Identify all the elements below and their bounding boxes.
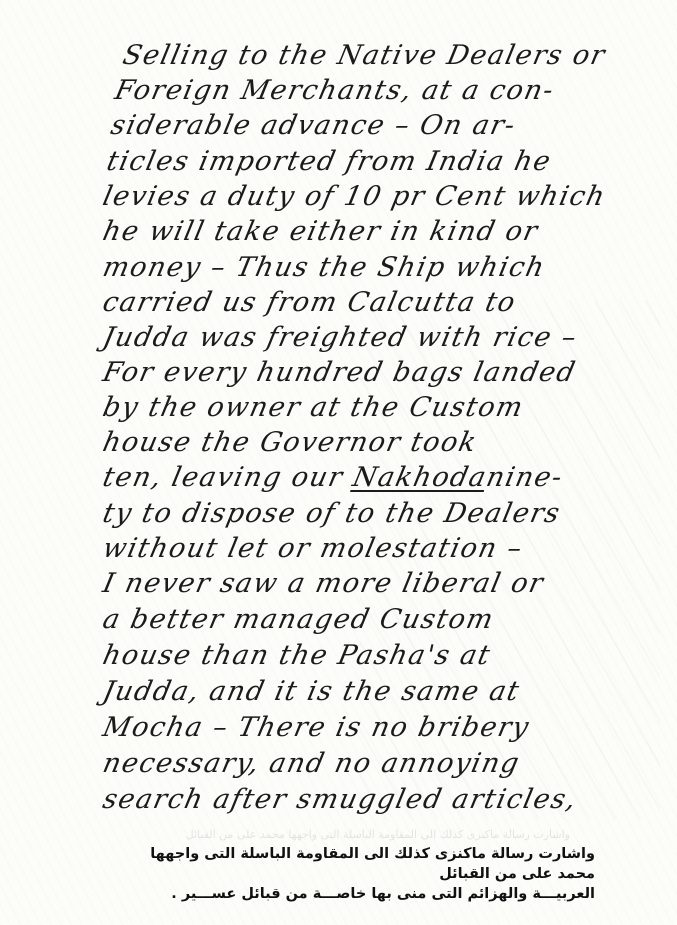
manuscript-line: money – Thus the Ship which	[100, 252, 548, 283]
caption-line-2: العربيـــة والهزائم التى منى بها خاصـــة…	[150, 884, 595, 904]
manuscript-line: Judda was freighted with rice –	[100, 322, 580, 353]
manuscript-line: search after smuggled articles,	[100, 784, 580, 815]
ghost-line: واشارت رسالة ماكنزى كذلك الى المقاومة ال…	[150, 826, 570, 844]
scanned-page: Selling to the Native Dealers or Foreign…	[0, 0, 677, 925]
manuscript-line: necessary, and no annoying	[100, 748, 523, 779]
manuscript-line: Selling to the Native Dealers or	[120, 40, 609, 71]
caption-bleed-through: واشارت رسالة ماكنزى كذلك الى المقاومة ال…	[150, 826, 570, 844]
manuscript-line: by the owner at the Custom	[100, 392, 527, 423]
manuscript-line: Judda, and it is the same at	[100, 676, 523, 707]
manuscript-line-nakhoda: ten, leaving our Nakhodanine-	[100, 462, 566, 493]
underlined-word-nakhoda: Nakhoda	[350, 462, 490, 493]
arabic-caption: واشارت رسالة ماكنزى كذلك الى المقاومة ال…	[150, 844, 595, 904]
manuscript-line: levies a duty of 10 pr Cent which	[100, 181, 609, 212]
manuscript-line: Mocha – There is no bribery	[100, 712, 533, 743]
manuscript-line: without let or molestation –	[100, 533, 526, 564]
manuscript-line: ty to dispose of to the Dealers	[100, 498, 564, 529]
manuscript-line: he will take either in kind or	[100, 216, 541, 247]
manuscript-text: nine-	[484, 462, 567, 493]
manuscript-line: For every hundred bags landed	[100, 357, 579, 388]
caption-line-1: واشارت رسالة ماكنزى كذلك الى المقاومة ال…	[150, 844, 595, 884]
manuscript-line: ticles imported from India he	[104, 146, 554, 177]
manuscript-line: Foreign Merchants, at a con-	[112, 75, 557, 106]
manuscript-line: house than the Pasha's at	[100, 640, 494, 671]
manuscript-line: I never saw a more liberal or	[100, 568, 547, 599]
manuscript-line: a better managed Custom	[100, 604, 497, 635]
manuscript-text: ten, leaving our	[100, 462, 346, 493]
manuscript-line: carried us from Calcutta to	[100, 287, 519, 318]
manuscript-line: siderable advance – On ar-	[108, 110, 519, 141]
manuscript-line: house the Governor took	[100, 427, 480, 458]
